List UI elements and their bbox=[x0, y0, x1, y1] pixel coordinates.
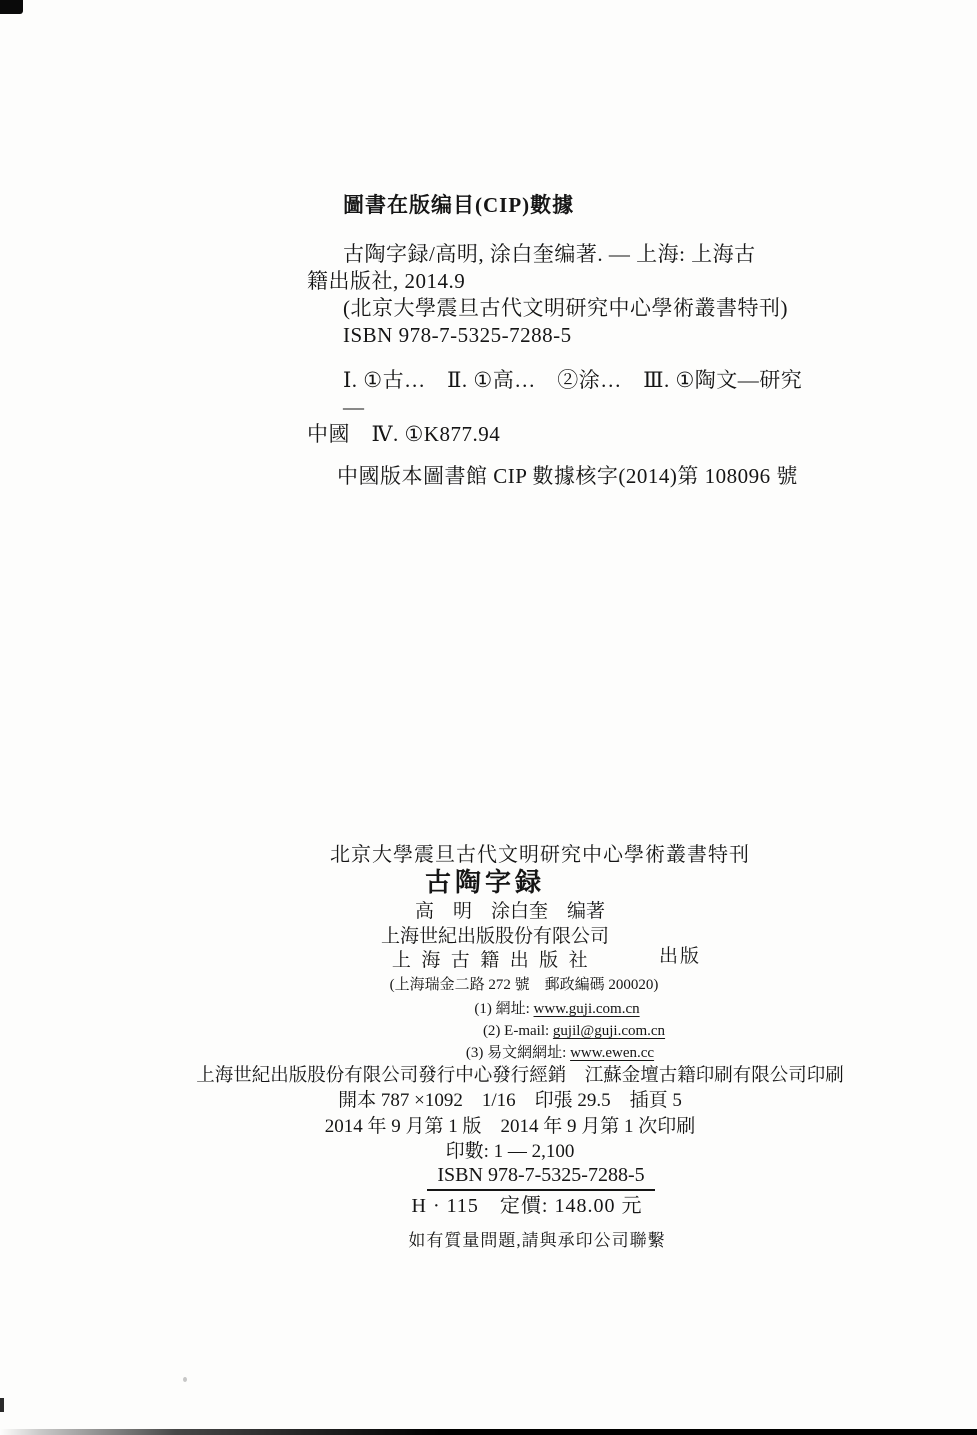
scan-bottom-strip bbox=[0, 1429, 977, 1435]
isbn-line: ISBN 978-7-5325-7288-5 bbox=[43, 1164, 977, 1191]
contact-ewen-label: (3) 易文網網址: bbox=[466, 1045, 566, 1061]
quality-note: 如有質量問題,請與承印公司聯繫 bbox=[43, 1229, 977, 1253]
contact-email-address: gujil@guji.com.cn bbox=[553, 1023, 665, 1039]
cip-isbn: ISBN 978-7-5325-7288-5 bbox=[343, 322, 807, 349]
series-title: 北京大學震旦古代文明研究中心學術叢書特刊 bbox=[43, 843, 977, 867]
publisher-group: 上海世紀出版股份有限公司 bbox=[381, 925, 609, 949]
book-title: 古陶字録 bbox=[43, 867, 977, 899]
contact-email-label: (2) E-mail: bbox=[483, 1023, 549, 1039]
contact-email: (2) E-mail: gujil@guji.com.cn bbox=[43, 1020, 977, 1042]
publisher-address: (上海瑞金二路 272 號 郵政編碼 200020) bbox=[43, 973, 977, 998]
cip-classification-line1: Ⅰ. ①古… Ⅱ. ①高… ②涂… Ⅲ. ①陶文—研究— bbox=[343, 367, 807, 421]
print-run-line: 印數: 1 — 2,100 bbox=[43, 1140, 977, 1164]
cip-record-number: 中國版本圖書館 CIP 數據核字(2014)第 108096 號 bbox=[337, 463, 807, 490]
cip-entry-line2: 籍出版社, 2014.9 bbox=[307, 268, 807, 295]
distribution-line: 上海世紀出版股份有限公司發行中心發行經銷 江蘇金壇古籍印刷有限公司印刷 bbox=[43, 1064, 977, 1088]
cip-classification-line2: 中國 Ⅳ. ①K877.94 bbox=[307, 421, 807, 448]
cip-header: 圖書在版编目(CIP)數據 bbox=[343, 192, 807, 219]
cip-entry-line1: 古陶字録/高明, 涂白奎编著. — 上海: 上海古 bbox=[343, 241, 807, 268]
contact-website-url: www.guji.com.cn bbox=[534, 1001, 640, 1017]
cip-block: 圖書在版编目(CIP)數據 古陶字録/高明, 涂白奎编著. — 上海: 上海古 … bbox=[307, 192, 807, 490]
scan-dust-speck bbox=[183, 1377, 187, 1382]
format-line: 開本 787 ×1092 1/16 印張 29.5 插頁 5 bbox=[43, 1088, 977, 1114]
publishers: 上海世紀出版股份有限公司 上海古籍出版社 出版 bbox=[381, 925, 639, 973]
publisher-group-wrap: 上海世紀出版股份有限公司 上海古籍出版社 出版 bbox=[43, 925, 977, 973]
contact-ewen-url: www.ewen.cc bbox=[570, 1045, 654, 1061]
contact-ewen: (3) 易文網網址: www.ewen.cc bbox=[43, 1042, 977, 1064]
edition-line: 2014 年 9 月第 1 版 2014 年 9 月第 1 次印刷 bbox=[43, 1114, 977, 1140]
publish-label: 出版 bbox=[659, 945, 701, 969]
cip-series-note: (北京大學震旦古代文明研究中心學術叢書特刊) bbox=[343, 295, 807, 322]
publisher-name: 上海古籍出版社 bbox=[381, 949, 609, 973]
scan-edge-speck bbox=[0, 1398, 4, 1412]
imprint-block: 北京大學震旦古代文明研究中心學術叢書特刊 古陶字録 高 明 涂白奎 编著 上海世… bbox=[43, 843, 977, 1253]
scan-corner-mark bbox=[0, 0, 23, 14]
isbn-text: ISBN 978-7-5325-7288-5 bbox=[427, 1164, 654, 1191]
contact-website: (1) 網址: www.guji.com.cn bbox=[43, 998, 977, 1020]
colophon-page: 圖書在版编目(CIP)數據 古陶字録/高明, 涂白奎编著. — 上海: 上海古 … bbox=[0, 0, 977, 1435]
price-line: H · 115 定價: 148.00 元 bbox=[43, 1193, 977, 1219]
authors-line: 高 明 涂白奎 编著 bbox=[43, 899, 977, 925]
contact-website-label: (1) 網址: bbox=[474, 1001, 529, 1017]
